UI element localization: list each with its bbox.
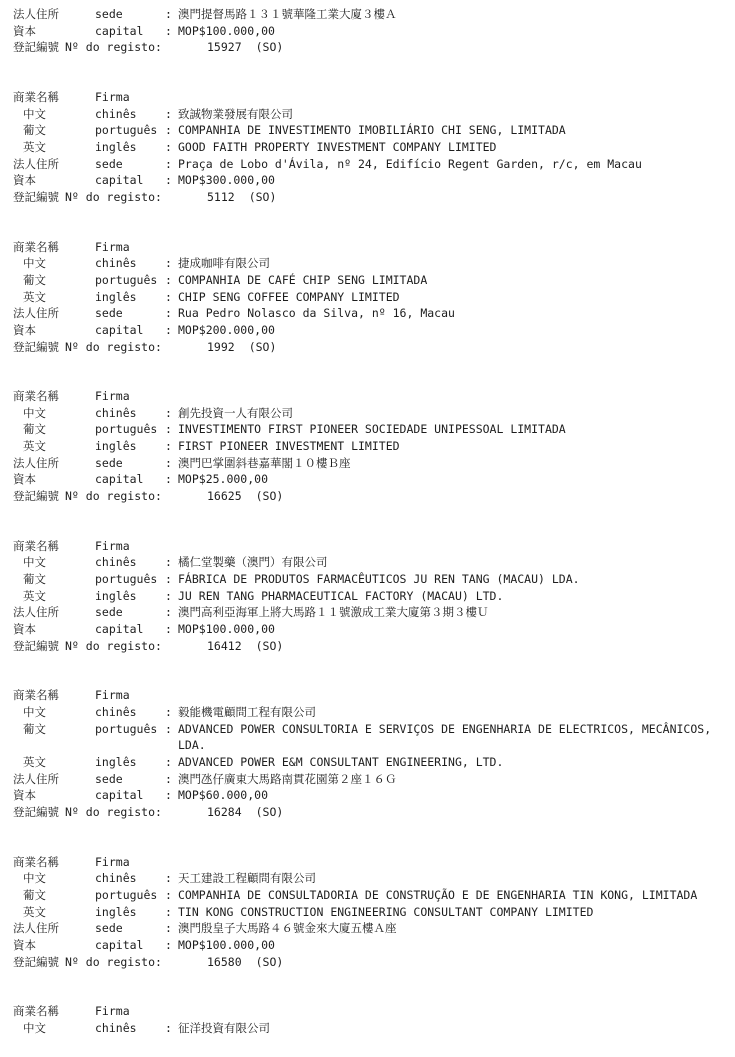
colon-separator: : (165, 6, 172, 23)
field-value: 16580(SO) (207, 954, 717, 971)
field-value-text: Rua Pedro Nolasco da Silva, nº 16, Macau (178, 306, 455, 320)
field-label-zh: 中文 (23, 870, 95, 887)
colon-separator: : (165, 621, 172, 638)
field-value: :澳門高利亞海軍上將大馬路１１號激成工業大廈第３期３樓Ｕ (165, 604, 717, 621)
field-row-english: 英文inglês:GOOD FAITH PROPERTY INVESTMENT … (13, 139, 717, 156)
registry-entry: 商業名稱Firma中文chinês:橘仁堂製藥（澳門）有限公司葡文portugu… (13, 538, 717, 655)
field-row-portuguese: 葡文português:ADVANCED POWER CONSULTORIA E… (13, 721, 717, 754)
field-label-zh: 登記編號 (13, 189, 65, 206)
field-label-pt: inglês (95, 438, 165, 455)
field-label-pt: Firma (95, 89, 165, 106)
colon-separator: : (165, 106, 172, 123)
field-row-chinese: 中文chinês:橘仁堂製藥（澳門）有限公司 (13, 554, 717, 571)
field-row-english: 英文inglês:JU REN TANG PHARMACEUTICAL FACT… (13, 588, 717, 605)
field-row-seat: 法人住所sede:澳門殷皇子大馬路４６號金來大廈五樓Ａ座 (13, 920, 717, 937)
field-row-capital: 資本capital:MOP$300.000,00 (13, 172, 717, 189)
field-label-pt: capital (95, 787, 165, 804)
colon-separator: : (165, 787, 172, 804)
field-label-pt: sede (95, 604, 165, 621)
field-label-pt: capital (95, 621, 165, 638)
field-value-text: FIRST PIONEER INVESTMENT LIMITED (178, 439, 400, 453)
field-label-pt: Nº do registo: (65, 638, 207, 655)
field-value-text: 征洋投資有限公司 (178, 1021, 270, 1035)
field-value-text: CHIP SENG COFFEE COMPANY LIMITED (178, 290, 400, 304)
field-label-pt: português (95, 122, 165, 139)
colon-separator: : (165, 272, 172, 289)
field-row-registration: 登記編號Nº do registo:1992(SO) (13, 339, 717, 356)
field-value: :MOP$100.000,00 (165, 621, 717, 638)
field-label-zh: 登記編號 (13, 488, 65, 505)
field-label-pt: inglês (95, 588, 165, 605)
field-label-zh: 商業名稱 (13, 239, 95, 256)
field-label-zh: 登記編號 (13, 638, 65, 655)
field-row-seat: 法人住所sede:澳門提督馬路１３１號華隆工業大廈３樓Ａ (13, 6, 717, 23)
field-label-zh: 商業名稱 (13, 687, 95, 704)
field-row-english: 英文inglês:FIRST PIONEER INVESTMENT LIMITE… (13, 438, 717, 455)
field-label-zh: 中文 (23, 255, 95, 272)
field-label-zh: 法人住所 (13, 920, 95, 937)
field-value-text: MOP$100.000,00 (178, 622, 275, 636)
colon-separator: : (165, 438, 172, 455)
registration-number: 5112 (207, 190, 235, 204)
field-value: :COMPANHIA DE INVESTIMENTO IMOBILIÁRIO C… (165, 122, 717, 139)
field-label-zh: 葡文 (23, 272, 95, 289)
field-value-text: COMPANHIA DE INVESTIMENTO IMOBILIÁRIO CH… (178, 123, 566, 137)
field-label-pt: Firma (95, 854, 165, 871)
field-label-zh: 葡文 (23, 122, 95, 139)
registration-suffix: (SO) (249, 190, 277, 204)
field-row-english: 英文inglês:CHIP SENG COFFEE COMPANY LIMITE… (13, 289, 717, 306)
field-label-pt: inglês (95, 754, 165, 771)
field-label-pt: chinês (95, 255, 165, 272)
field-value: :澳門巴掌圍斜巷嘉華閣１０樓Ｂ座 (165, 455, 717, 472)
field-row-firma: 商業名稱Firma (13, 388, 717, 405)
field-label-pt: capital (95, 937, 165, 954)
field-value-text: MOP$60.000,00 (178, 788, 268, 802)
field-value: :致誠物業發展有限公司 (165, 106, 717, 123)
field-label-pt: português (95, 721, 165, 738)
field-label-pt: Firma (95, 687, 165, 704)
field-value-text: Praça de Lobo d'Ávila, nº 24, Edifício R… (178, 157, 642, 171)
field-row-english: 英文inglês:ADVANCED POWER E&M CONSULTANT E… (13, 754, 717, 771)
field-label-pt: Firma (95, 239, 165, 256)
field-row-portuguese: 葡文português:COMPANHIA DE CAFÉ CHIP SENG … (13, 272, 717, 289)
field-label-zh: 法人住所 (13, 604, 95, 621)
field-value: :FIRST PIONEER INVESTMENT LIMITED (165, 438, 717, 455)
field-row-firma: 商業名稱Firma (13, 854, 717, 871)
field-label-pt: português (95, 421, 165, 438)
colon-separator: : (165, 870, 172, 887)
field-row-seat: 法人住所sede:Rua Pedro Nolasco da Silva, nº … (13, 305, 717, 322)
field-value-text: MOP$100.000,00 (178, 24, 275, 38)
field-label-pt: sede (95, 305, 165, 322)
registration-suffix: (SO) (256, 489, 284, 503)
field-label-zh: 登記編號 (13, 804, 65, 821)
field-value: :FÁBRICA DE PRODUTOS FARMACÊUTICOS JU RE… (165, 571, 717, 588)
field-value-text: MOP$100.000,00 (178, 938, 275, 952)
colon-separator: : (165, 937, 172, 954)
field-value: :創先投資一人有限公司 (165, 405, 717, 422)
colon-separator: : (165, 554, 172, 571)
field-row-registration: 登記編號Nº do registo:16412(SO) (13, 638, 717, 655)
field-label-pt: chinês (95, 405, 165, 422)
colon-separator: : (165, 172, 172, 189)
field-label-zh: 資本 (13, 322, 95, 339)
field-value-text: 橘仁堂製藥（澳門）有限公司 (178, 555, 328, 569)
field-label-pt: chinês (95, 554, 165, 571)
colon-separator: : (165, 1020, 172, 1037)
field-row-firma: 商業名稱Firma (13, 239, 717, 256)
field-label-zh: 英文 (23, 588, 95, 605)
field-value: 5112(SO) (207, 189, 717, 206)
field-label-zh: 資本 (13, 937, 95, 954)
field-row-chinese: 中文chinês:毅能機電顧問工程有限公司 (13, 704, 717, 721)
field-label-pt: capital (95, 471, 165, 488)
field-label-zh: 登記編號 (13, 339, 65, 356)
field-label-zh: 資本 (13, 23, 95, 40)
field-value-text: MOP$25.000,00 (178, 472, 268, 486)
field-value: :Rua Pedro Nolasco da Silva, nº 16, Maca… (165, 305, 717, 322)
colon-separator: : (165, 421, 172, 438)
field-value-text: MOP$200.000,00 (178, 323, 275, 337)
field-label-zh: 葡文 (23, 571, 95, 588)
field-row-capital: 資本capital:MOP$25.000,00 (13, 471, 717, 488)
field-row-capital: 資本capital:MOP$100.000,00 (13, 937, 717, 954)
field-label-pt: capital (95, 23, 165, 40)
field-label-pt: Nº do registo: (65, 804, 207, 821)
field-label-zh: 法人住所 (13, 156, 95, 173)
field-value: :MOP$100.000,00 (165, 937, 717, 954)
field-label-zh: 法人住所 (13, 305, 95, 322)
registry-entry: 商業名稱Firma中文chinês:致誠物業發展有限公司葡文português:… (13, 89, 717, 206)
field-label-pt: sede (95, 156, 165, 173)
field-label-zh: 葡文 (23, 721, 95, 738)
field-value: :MOP$25.000,00 (165, 471, 717, 488)
field-label-zh: 英文 (23, 289, 95, 306)
field-row-firma: 商業名稱Firma (13, 687, 717, 704)
colon-separator: : (165, 754, 172, 771)
colon-separator: : (165, 322, 172, 339)
field-label-pt: Firma (95, 388, 165, 405)
field-value: 16625(SO) (207, 488, 717, 505)
field-label-pt: Nº do registo: (65, 189, 207, 206)
field-value: :GOOD FAITH PROPERTY INVESTMENT COMPANY … (165, 139, 717, 156)
field-row-registration: 登記編號Nº do registo:16284(SO) (13, 804, 717, 821)
field-label-zh: 葡文 (23, 887, 95, 904)
field-label-pt: capital (95, 322, 165, 339)
registration-number: 16625 (207, 489, 242, 503)
registry-entry: 商業名稱Firma中文chinês:征洋投資有限公司 (13, 1003, 717, 1036)
registration-number: 16284 (207, 805, 242, 819)
registry-document: 法人住所sede:澳門提督馬路１３１號華隆工業大廈３樓Ａ資本capital:MO… (0, 0, 735, 1037)
field-row-seat: 法人住所sede:澳門巴掌圍斜巷嘉華閣１０樓Ｂ座 (13, 455, 717, 472)
field-label-pt: sede (95, 6, 165, 23)
field-label-pt: chinês (95, 870, 165, 887)
registration-number: 15927 (207, 40, 242, 54)
field-label-pt: português (95, 571, 165, 588)
field-row-capital: 資本capital:MOP$60.000,00 (13, 787, 717, 804)
field-label-pt: sede (95, 455, 165, 472)
field-value-text: 毅能機電顧問工程有限公司 (178, 705, 316, 719)
field-label-zh: 英文 (23, 438, 95, 455)
field-label-zh: 商業名稱 (13, 854, 95, 871)
field-value: :橘仁堂製藥（澳門）有限公司 (165, 554, 717, 571)
field-value: :毅能機電顧問工程有限公司 (165, 704, 717, 721)
field-value-text: 捷成咖啡有限公司 (178, 256, 270, 270)
field-value-text: ADVANCED POWER E&M CONSULTANT ENGINEERIN… (178, 755, 503, 769)
field-value: 1992(SO) (207, 339, 717, 356)
field-label-zh: 商業名稱 (13, 1003, 95, 1020)
field-label-pt: português (95, 272, 165, 289)
colon-separator: : (165, 289, 172, 306)
colon-separator: : (165, 455, 172, 472)
field-label-zh: 商業名稱 (13, 89, 95, 106)
field-label-pt: inglês (95, 904, 165, 921)
field-value-text: 天工建設工程顧問有限公司 (178, 871, 316, 885)
field-value-text: JU REN TANG PHARMACEUTICAL FACTORY (MACA… (178, 589, 503, 603)
registry-entry: 商業名稱Firma中文chinês:毅能機電顧問工程有限公司葡文portuguê… (13, 687, 717, 820)
field-value-text: COMPANHIA DE CONSULTADORIA DE CONSTRUÇÃO… (178, 888, 697, 902)
registration-suffix: (SO) (256, 805, 284, 819)
field-label-pt: Firma (95, 1003, 165, 1020)
field-value-text: FÁBRICA DE PRODUTOS FARMACÊUTICOS JU REN… (178, 572, 580, 586)
field-row-seat: 法人住所sede:澳門高利亞海軍上將大馬路１１號激成工業大廈第３期３樓Ｕ (13, 604, 717, 621)
field-label-pt: chinês (95, 704, 165, 721)
field-row-chinese: 中文chinês:捷成咖啡有限公司 (13, 255, 717, 272)
field-row-portuguese: 葡文português:INVESTIMENTO FIRST PIONEER S… (13, 421, 717, 438)
field-value: :Praça de Lobo d'Ávila, nº 24, Edifício … (165, 156, 717, 173)
field-row-firma: 商業名稱Firma (13, 538, 717, 555)
field-label-pt: inglês (95, 289, 165, 306)
field-value-text: MOP$300.000,00 (178, 173, 275, 187)
field-row-portuguese: 葡文português:FÁBRICA DE PRODUTOS FARMACÊU… (13, 571, 717, 588)
field-value-text: 澳門高利亞海軍上將大馬路１１號激成工業大廈第３期３樓Ｕ (178, 605, 489, 619)
field-label-zh: 資本 (13, 471, 95, 488)
field-row-chinese: 中文chinês:創先投資一人有限公司 (13, 405, 717, 422)
field-row-registration: 登記編號Nº do registo:15927(SO) (13, 39, 717, 56)
field-label-pt: chinês (95, 106, 165, 123)
field-row-chinese: 中文chinês:天工建設工程顧問有限公司 (13, 870, 717, 887)
field-label-zh: 法人住所 (13, 455, 95, 472)
field-value: :INVESTIMENTO FIRST PIONEER SOCIEDADE UN… (165, 421, 717, 438)
registration-suffix: (SO) (256, 955, 284, 969)
field-label-pt: sede (95, 771, 165, 788)
field-value: :COMPANHIA DE CAFÉ CHIP SENG LIMITADA (165, 272, 717, 289)
field-value: :澳門殷皇子大馬路４６號金來大廈五樓Ａ座 (165, 920, 717, 937)
registration-number: 16580 (207, 955, 242, 969)
field-value-text: 澳門氹仔廣東大馬路南貫花園第２座１６Ｇ (178, 772, 397, 786)
field-value-text: 創先投資一人有限公司 (178, 406, 293, 420)
colon-separator: : (165, 471, 172, 488)
field-value: :ADVANCED POWER E&M CONSULTANT ENGINEERI… (165, 754, 717, 771)
field-label-pt: Nº do registo: (65, 954, 207, 971)
field-label-zh: 英文 (23, 139, 95, 156)
field-label-zh: 資本 (13, 621, 95, 638)
field-value: :MOP$100.000,00 (165, 23, 717, 40)
field-row-english: 英文inglês:TIN KONG CONSTRUCTION ENGINEERI… (13, 904, 717, 921)
field-value: :JU REN TANG PHARMACEUTICAL FACTORY (MAC… (165, 588, 717, 605)
field-value: :征洋投資有限公司 (165, 1020, 717, 1037)
field-value-text: 澳門殷皇子大馬路４６號金來大廈五樓Ａ座 (178, 921, 397, 935)
field-label-zh: 中文 (23, 1020, 95, 1037)
field-label-pt: Firma (95, 538, 165, 555)
field-value: 16284(SO) (207, 804, 717, 821)
field-row-capital: 資本capital:MOP$100.000,00 (13, 23, 717, 40)
field-label-zh: 法人住所 (13, 771, 95, 788)
field-row-registration: 登記編號Nº do registo:16580(SO) (13, 954, 717, 971)
field-label-zh: 商業名稱 (13, 388, 95, 405)
field-row-seat: 法人住所sede:澳門氹仔廣東大馬路南貫花園第２座１６Ｇ (13, 771, 717, 788)
field-label-pt: Nº do registo: (65, 339, 207, 356)
field-value: :澳門氹仔廣東大馬路南貫花園第２座１６Ｇ (165, 771, 717, 788)
field-value: 15927(SO) (207, 39, 717, 56)
colon-separator: : (165, 305, 172, 322)
field-value: :天工建設工程顧問有限公司 (165, 870, 717, 887)
field-row-chinese: 中文chinês:致誠物業發展有限公司 (13, 106, 717, 123)
registry-entry: 商業名稱Firma中文chinês:天工建設工程顧問有限公司葡文portuguê… (13, 854, 717, 971)
field-value-text: INVESTIMENTO FIRST PIONEER SOCIEDADE UNI… (178, 422, 566, 436)
field-row-portuguese: 葡文português:COMPANHIA DE INVESTIMENTO IM… (13, 122, 717, 139)
field-row-capital: 資本capital:MOP$100.000,00 (13, 621, 717, 638)
field-row-seat: 法人住所sede:Praça de Lobo d'Ávila, nº 24, E… (13, 156, 717, 173)
field-label-pt: Nº do registo: (65, 488, 207, 505)
field-label-pt: inglês (95, 139, 165, 156)
colon-separator: : (165, 255, 172, 272)
field-label-zh: 登記編號 (13, 39, 65, 56)
colon-separator: : (165, 771, 172, 788)
field-label-zh: 中文 (23, 704, 95, 721)
field-label-pt: português (95, 887, 165, 904)
field-value: :捷成咖啡有限公司 (165, 255, 717, 272)
registry-entry: 商業名稱Firma中文chinês:捷成咖啡有限公司葡文português:CO… (13, 239, 717, 356)
colon-separator: : (165, 887, 172, 904)
colon-separator: : (165, 721, 172, 738)
registration-number: 1992 (207, 340, 235, 354)
field-label-pt: sede (95, 920, 165, 937)
field-row-firma: 商業名稱Firma (13, 1003, 717, 1020)
field-label-zh: 英文 (23, 904, 95, 921)
field-label-zh: 資本 (13, 172, 95, 189)
field-value: :MOP$60.000,00 (165, 787, 717, 804)
field-row-registration: 登記編號Nº do registo:5112(SO) (13, 189, 717, 206)
field-label-zh: 中文 (23, 554, 95, 571)
field-label-zh: 資本 (13, 787, 95, 804)
colon-separator: : (165, 704, 172, 721)
colon-separator: : (165, 604, 172, 621)
field-value-text: COMPANHIA DE CAFÉ CHIP SENG LIMITADA (178, 273, 427, 287)
field-value-text: TIN KONG CONSTRUCTION ENGINEERING CONSUL… (178, 905, 593, 919)
field-value-text: GOOD FAITH PROPERTY INVESTMENT COMPANY L… (178, 140, 497, 154)
field-value: :CHIP SENG COFFEE COMPANY LIMITED (165, 289, 717, 306)
field-label-pt: chinês (95, 1020, 165, 1037)
registration-number: 16412 (207, 639, 242, 653)
colon-separator: : (165, 23, 172, 40)
colon-separator: : (165, 904, 172, 921)
field-label-zh: 中文 (23, 106, 95, 123)
field-label-pt: capital (95, 172, 165, 189)
colon-separator: : (165, 139, 172, 156)
registration-suffix: (SO) (256, 40, 284, 54)
registry-entry: 法人住所sede:澳門提督馬路１３１號華隆工業大廈３樓Ａ資本capital:MO… (13, 6, 717, 56)
field-label-pt: Nº do registo: (65, 39, 207, 56)
field-value: :COMPANHIA DE CONSULTADORIA DE CONSTRUÇÃ… (165, 887, 717, 904)
colon-separator: : (165, 571, 172, 588)
colon-separator: : (165, 588, 172, 605)
field-value: :澳門提督馬路１３１號華隆工業大廈３樓Ａ (165, 6, 717, 23)
colon-separator: : (165, 156, 172, 173)
field-value: :TIN KONG CONSTRUCTION ENGINEERING CONSU… (165, 904, 717, 921)
field-row-capital: 資本capital:MOP$200.000,00 (13, 322, 717, 339)
field-row-registration: 登記編號Nº do registo:16625(SO) (13, 488, 717, 505)
colon-separator: : (165, 405, 172, 422)
registration-suffix: (SO) (249, 340, 277, 354)
field-value-text: 澳門提督馬路１３１號華隆工業大廈３樓Ａ (178, 7, 397, 21)
registry-entry: 商業名稱Firma中文chinês:創先投資一人有限公司葡文português:… (13, 388, 717, 505)
colon-separator: : (165, 122, 172, 139)
registration-suffix: (SO) (256, 639, 284, 653)
field-label-zh: 葡文 (23, 421, 95, 438)
field-value: :MOP$200.000,00 (165, 322, 717, 339)
field-row-firma: 商業名稱Firma (13, 89, 717, 106)
field-value: :ADVANCED POWER CONSULTORIA E SERVIÇOS D… (165, 721, 717, 754)
field-label-zh: 登記編號 (13, 954, 65, 971)
field-value-text: 澳門巴掌圍斜巷嘉華閣１０樓Ｂ座 (178, 456, 351, 470)
field-row-portuguese: 葡文português:COMPANHIA DE CONSULTADORIA D… (13, 887, 717, 904)
field-label-zh: 商業名稱 (13, 538, 95, 555)
field-value-text: 致誠物業發展有限公司 (178, 107, 293, 121)
field-label-zh: 法人住所 (13, 6, 95, 23)
field-value: :MOP$300.000,00 (165, 172, 717, 189)
field-value: 16412(SO) (207, 638, 717, 655)
field-row-chinese: 中文chinês:征洋投資有限公司 (13, 1020, 717, 1037)
field-label-zh: 英文 (23, 754, 95, 771)
field-value-text: ADVANCED POWER CONSULTORIA E SERVIÇOS DE… (178, 722, 718, 753)
field-label-zh: 中文 (23, 405, 95, 422)
colon-separator: : (165, 920, 172, 937)
